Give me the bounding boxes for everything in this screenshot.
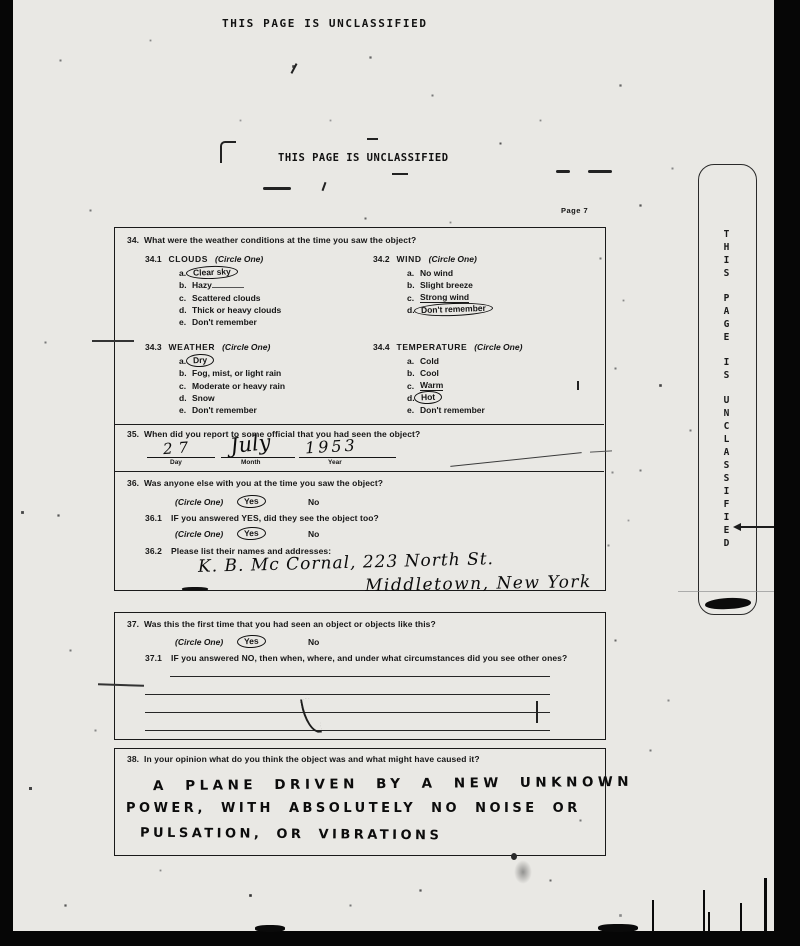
option-c: c.Strong wind xyxy=(407,292,493,304)
answer-yes-circled: Yes xyxy=(243,636,266,648)
option-letter: a. xyxy=(407,356,420,366)
question-number: 36.1 xyxy=(145,513,171,523)
stamp-letter: C xyxy=(724,420,730,433)
dash-mark xyxy=(588,170,612,173)
subsection-number: 34.2 xyxy=(373,254,390,264)
stamp-letter: A xyxy=(724,446,730,459)
option-letter: a. xyxy=(407,268,420,278)
handwritten-opinion-line3: PULSATION, OR VIBRATIONS xyxy=(140,826,442,844)
q34-wind-group: 34.2WIND(Circle One) a.No windb.Slight b… xyxy=(373,254,493,316)
yes-circle: Yes xyxy=(237,527,266,541)
stamp-letter: T xyxy=(724,228,730,241)
subsection-number: 34.3 xyxy=(145,342,162,352)
question-35: 35. When did you report to some official… xyxy=(127,429,420,439)
option-label: Snow xyxy=(192,393,215,403)
stamp-letter: S xyxy=(724,267,730,280)
option-c: c.Warm xyxy=(407,380,522,392)
year-label: Year xyxy=(328,459,342,466)
option-letter: e. xyxy=(179,317,192,327)
scan-artifact-nub xyxy=(598,924,638,932)
option-label: Moderate or heavy rain xyxy=(192,381,285,391)
option-d: d.Don't remember xyxy=(407,304,493,316)
option-label: Fog, mist, or light rain xyxy=(192,368,281,378)
question-36: 36. Was anyone else with you at the time… xyxy=(127,478,383,488)
stamp-letter: D xyxy=(724,537,730,550)
dash-mark xyxy=(263,187,291,190)
option-letter: b. xyxy=(407,368,420,378)
subsection-title: WEATHER xyxy=(169,342,216,352)
option-d: d.Thick or heavy clouds xyxy=(179,304,281,316)
question-text: Was anyone else with you at the time you… xyxy=(144,478,383,488)
tick-mark xyxy=(577,381,579,390)
stray-dash xyxy=(212,287,244,288)
option-e: e.Don't remember xyxy=(179,316,281,328)
stamp-letter: I xyxy=(724,356,730,369)
tick-mark xyxy=(291,63,298,74)
option-a: a.Cold xyxy=(407,355,522,367)
date-underline xyxy=(299,457,396,458)
stamp-letter: H xyxy=(724,241,730,254)
option-label: Thick or heavy clouds xyxy=(192,305,281,315)
option-b: b.Fog, mist, or light rain xyxy=(179,367,285,379)
stamp-letter: I xyxy=(724,511,730,524)
scan-artifact-nub xyxy=(255,925,285,932)
stamp-word: THIS xyxy=(724,228,730,280)
stamp-letter: L xyxy=(724,433,730,446)
answer-line xyxy=(145,712,550,713)
option-letter: e. xyxy=(179,405,192,415)
option-letter: c. xyxy=(179,293,192,303)
option-letter: d. xyxy=(179,393,192,403)
scan-artifact-tick xyxy=(708,912,710,932)
question-number: 36. xyxy=(127,478,144,488)
option-label: No wind xyxy=(420,268,453,278)
handwritten-city-state: Middletown, New York xyxy=(365,572,592,596)
option-c: c.Moderate or heavy rain xyxy=(179,380,285,392)
question-number: 35. xyxy=(127,429,144,439)
circle-one-label: (Circle One) xyxy=(474,342,522,352)
option-label-circled: Dry xyxy=(186,353,215,367)
tick-mark xyxy=(322,182,327,191)
option-label-circled: Hot xyxy=(414,390,443,404)
question-38: 38. In your opinion what do you think th… xyxy=(127,754,480,764)
stamp-word: IS xyxy=(724,356,730,382)
option-d: d.Hot xyxy=(407,392,522,404)
circle-one-label: (Circle One) xyxy=(175,637,223,647)
option-label: Slight breeze xyxy=(420,280,473,290)
scan-artifact-tick xyxy=(652,900,654,932)
classification-header-mid: THIS PAGE IS UNCLASSIFIED xyxy=(278,152,449,164)
subsection-header: 34.2WIND(Circle One) xyxy=(373,254,493,264)
option-letter: c. xyxy=(407,293,420,303)
option-b: b.Slight breeze xyxy=(407,279,493,291)
subsection-number: 34.1 xyxy=(145,254,162,264)
stamp-letter: E xyxy=(724,331,730,344)
classification-stamp-vertical-text: THISPAGEISUNCLASSIFIED xyxy=(698,228,755,550)
option-label: Don't remember xyxy=(192,405,257,415)
question-37-1: 37.1 IF you answered NO, then when, wher… xyxy=(145,653,567,663)
scan-artifact-tick xyxy=(740,903,742,932)
stamp-letter: G xyxy=(724,318,730,331)
question-text: IF you answered YES, did they see the ob… xyxy=(171,513,379,523)
option-a: a.No wind xyxy=(407,267,493,279)
answer-line xyxy=(145,730,550,731)
ink-dash xyxy=(182,587,208,591)
question-36-1: 36.1 IF you answered YES, did they see t… xyxy=(145,513,379,523)
option-a: a.Clear sky xyxy=(179,267,281,279)
option-letter: b. xyxy=(407,280,420,290)
answer-yes-circled: Yes xyxy=(243,496,266,508)
answer-no: No xyxy=(308,497,319,507)
scan-artifact-tick xyxy=(764,878,767,932)
handwritten-year: 1953 xyxy=(305,436,359,458)
circle-one-label: (Circle One) xyxy=(175,529,223,539)
circle-one-label: (Circle One) xyxy=(175,497,223,507)
handwritten-opinion-line2: POWER, WITH ABSOLUTELY NO NOISE OR xyxy=(126,801,581,816)
option-letter: b. xyxy=(179,280,192,290)
option-letter: c. xyxy=(407,381,420,391)
question-37: 37. Was this the first time that you had… xyxy=(127,619,436,629)
question-text: In your opinion what do you think the ob… xyxy=(144,754,480,764)
circle-one-label: (Circle One) xyxy=(222,342,270,352)
stamp-letter: U xyxy=(724,394,730,407)
option-e: e.Don't remember xyxy=(407,404,522,416)
option-e: e.Don't remember xyxy=(179,404,285,416)
question-text: IF you answered NO, then when, where, an… xyxy=(171,653,567,663)
stamp-letter: P xyxy=(724,292,730,305)
stray-dash xyxy=(92,340,134,342)
page-number: Page 7 xyxy=(561,206,588,215)
yes-circle: Yes xyxy=(237,635,266,649)
circle-one-label: (Circle One) xyxy=(429,254,477,264)
handwritten-month: July xyxy=(229,430,272,458)
option-label-circled: Don't remember xyxy=(414,301,493,317)
yes-circle: Yes xyxy=(237,495,266,509)
question-number: 36.2 xyxy=(145,546,171,556)
subsection-title: TEMPERATURE xyxy=(397,342,468,352)
stamp-word: PAGE xyxy=(724,292,730,344)
ink-smear xyxy=(514,860,532,884)
stamp-letter: A xyxy=(724,305,730,318)
answer-line xyxy=(145,694,550,695)
tick-mark xyxy=(536,701,538,723)
question-number: 34. xyxy=(127,235,144,245)
classification-header-top: THIS PAGE IS UNCLASSIFIED xyxy=(222,17,428,30)
question-number: 38. xyxy=(127,754,144,764)
circle-one-label: (Circle One) xyxy=(215,254,263,264)
subsection-header: 34.3WEATHER(Circle One) xyxy=(145,342,285,352)
corner-bracket-mark xyxy=(220,141,236,163)
q34-clouds-group: 34.1CLOUDS(Circle One) a.Clear skyb.Hazy… xyxy=(145,254,281,328)
subsection-number: 34.4 xyxy=(373,342,390,352)
subsection-title: WIND xyxy=(397,254,422,264)
question-number: 37. xyxy=(127,619,144,629)
handwritten-day: 27 xyxy=(162,438,194,458)
answer-no: No xyxy=(308,529,319,539)
option-label: Hazy xyxy=(192,280,212,290)
question-34: 34. What were the weather conditions at … xyxy=(127,235,416,245)
scan-artifact-tick xyxy=(703,890,705,932)
stamp-letter: I xyxy=(724,485,730,498)
q34-weather-group: 34.3WEATHER(Circle One) a.Dryb.Fog, mist… xyxy=(145,342,285,416)
option-b: b.Hazy xyxy=(179,279,281,291)
option-label: Don't remember xyxy=(192,317,257,327)
scan-edge-right xyxy=(774,0,800,946)
option-c: c.Scattered clouds xyxy=(179,292,281,304)
month-label: Month xyxy=(241,459,261,466)
scan-edge-left xyxy=(0,0,13,946)
stamp-letter: S xyxy=(724,472,730,485)
option-label-circled: Clear sky xyxy=(186,265,238,280)
answer-yes-circled: Yes xyxy=(243,528,266,540)
scan-edge-bottom xyxy=(0,931,800,946)
stamp-letter: N xyxy=(724,407,730,420)
question-text: Was this the first time that you had see… xyxy=(144,619,436,629)
option-letter: d. xyxy=(179,305,192,315)
section-divider xyxy=(114,424,604,425)
option-a: a.Dry xyxy=(179,355,285,367)
option-d: d.Snow xyxy=(179,392,285,404)
section-divider xyxy=(114,471,604,472)
option-label: Don't remember xyxy=(420,405,485,415)
ink-smudge xyxy=(511,853,517,860)
stamp-word: UNCLASSIFIED xyxy=(724,394,730,550)
option-label: Cold xyxy=(420,356,439,366)
option-letter: b. xyxy=(179,368,192,378)
question-text: What were the weather conditions at the … xyxy=(144,235,416,245)
subsection-header: 34.1CLOUDS(Circle One) xyxy=(145,254,281,264)
scanned-document-page: THIS PAGE IS UNCLASSIFIED THIS PAGE IS U… xyxy=(0,0,800,946)
answer-no: No xyxy=(308,637,319,647)
stamp-letter: E xyxy=(724,524,730,537)
dash-mark xyxy=(392,173,408,175)
dash-mark xyxy=(556,170,570,173)
option-label: Strong wind xyxy=(420,292,469,303)
option-label: Warm xyxy=(420,380,443,391)
answer-line xyxy=(170,676,550,677)
dash-mark xyxy=(367,138,378,140)
option-letter: e. xyxy=(407,405,420,415)
option-b: b.Cool xyxy=(407,367,522,379)
q34-temperature-group: 34.4TEMPERATURE(Circle One) a.Coldb.Cool… xyxy=(373,342,522,416)
question-number: 37.1 xyxy=(145,653,171,663)
subsection-header: 34.4TEMPERATURE(Circle One) xyxy=(373,342,522,352)
subsection-title: CLOUDS xyxy=(169,254,209,264)
option-letter: c. xyxy=(179,381,192,391)
option-label: Scattered clouds xyxy=(192,293,261,303)
stamp-letter: S xyxy=(724,459,730,472)
stamp-letter: F xyxy=(724,498,730,511)
arrow-head xyxy=(733,523,741,531)
option-label: Cool xyxy=(420,368,439,378)
day-label: Day xyxy=(170,459,182,466)
stamp-letter: I xyxy=(724,254,730,267)
stamp-letter: S xyxy=(724,369,730,382)
